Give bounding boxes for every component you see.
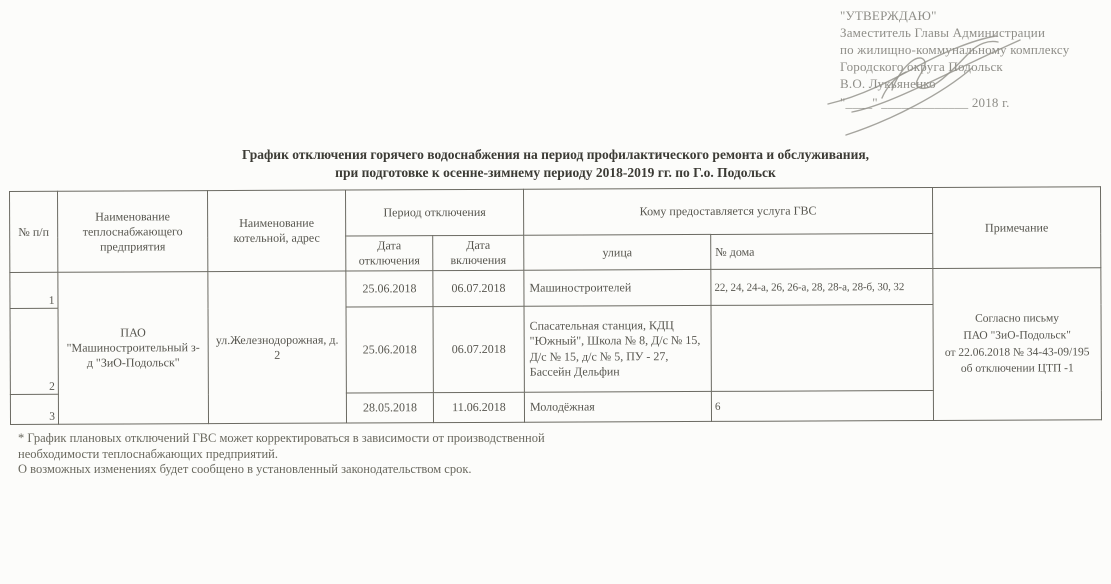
col-header-date-on: Дата включения — [433, 235, 524, 270]
schedule-table-wrap: № п/п Наименование теплоснабжающего пред… — [9, 186, 1102, 425]
cell-boiler: ул.Железнодорожная, д. 2 — [208, 271, 347, 424]
col-header-period-group: Период отключения — [345, 189, 523, 236]
approval-line: В.О. Лукьяненко — [840, 75, 1110, 92]
col-header-house: № дома — [711, 233, 933, 269]
cell-houses: 22, 24, 24-а, 26, 26-а, 28, 28-а, 28-б, … — [711, 268, 933, 305]
cell-houses: 6 — [711, 390, 933, 421]
cell-date-off: 28.05.2018 — [346, 393, 433, 423]
schedule-table: № п/п Наименование теплоснабжающего пред… — [9, 186, 1102, 425]
cell-date-on: 11.06.2018 — [433, 392, 524, 422]
col-header-date-off: Дата отключения — [346, 236, 433, 271]
approval-date-line: "____" _____________ 2018 г. — [840, 94, 1110, 111]
header-row-groups: № п/п Наименование теплоснабжающего пред… — [10, 187, 1101, 238]
document-title-line-1: График отключения горячего водоснабжения… — [0, 146, 1111, 164]
approval-line: по жилищно-коммунальному комплексу — [840, 41, 1110, 58]
col-header-note: Примечание — [932, 187, 1100, 269]
document-title-line-2: при подготовке к осенне-зимнему периоду … — [0, 164, 1111, 182]
scanned-document-page: "УТВЕРЖДАЮ" Заместитель Главы Администра… — [0, 0, 1111, 584]
footnote-line: необходимости теплоснабжающих предприяти… — [18, 447, 638, 463]
approval-line: "УТВЕРЖДАЮ" — [840, 7, 1110, 24]
cell-street: Машиностроителей — [524, 269, 711, 306]
col-header-street: улица — [524, 234, 711, 270]
cell-row-num: 1 — [10, 272, 58, 308]
cell-row-num: 2 — [10, 308, 58, 394]
approval-line: Городского округа Подольск — [840, 58, 1110, 75]
document-title: График отключения горячего водоснабжения… — [0, 146, 1111, 181]
col-header-service-group: Кому предоставляется услуга ГВС — [523, 187, 932, 235]
col-header-boiler: Наименование котельной, адрес — [208, 190, 346, 272]
col-header-num: № п/п — [10, 191, 58, 272]
cell-note: Согласно письму ПАО "ЗиО-Подольск" от 22… — [933, 268, 1102, 421]
col-header-company: Наименование теплоснабжающего предприяти… — [58, 191, 208, 273]
cell-row-num: 3 — [10, 394, 58, 424]
cell-date-off: 25.06.2018 — [346, 307, 433, 393]
cell-date-on: 06.07.2018 — [433, 270, 524, 306]
approval-line: Заместитель Главы Администрации — [840, 24, 1110, 41]
cell-date-off: 25.06.2018 — [346, 271, 433, 307]
approval-block: "УТВЕРЖДАЮ" Заместитель Главы Администра… — [840, 7, 1110, 111]
footnotes-block: * График плановых отключений ГВС может к… — [18, 431, 638, 478]
cell-houses — [711, 304, 933, 391]
cell-company: ПАО "Машиностроительный з- д "ЗиО-Подоль… — [58, 272, 209, 425]
cell-street: Молодёжная — [524, 391, 711, 422]
footnote-line: * График плановых отключений ГВС может к… — [18, 431, 638, 447]
table-row: 1 ПАО "Машиностроительный з- д "ЗиО-Подо… — [10, 268, 1101, 309]
cell-date-on: 06.07.2018 — [433, 306, 524, 392]
footnote-line: О возможных изменениях будет сообщено в … — [18, 462, 638, 478]
cell-street: Спасательная станция, КДЦ "Южный", Школа… — [524, 305, 711, 392]
